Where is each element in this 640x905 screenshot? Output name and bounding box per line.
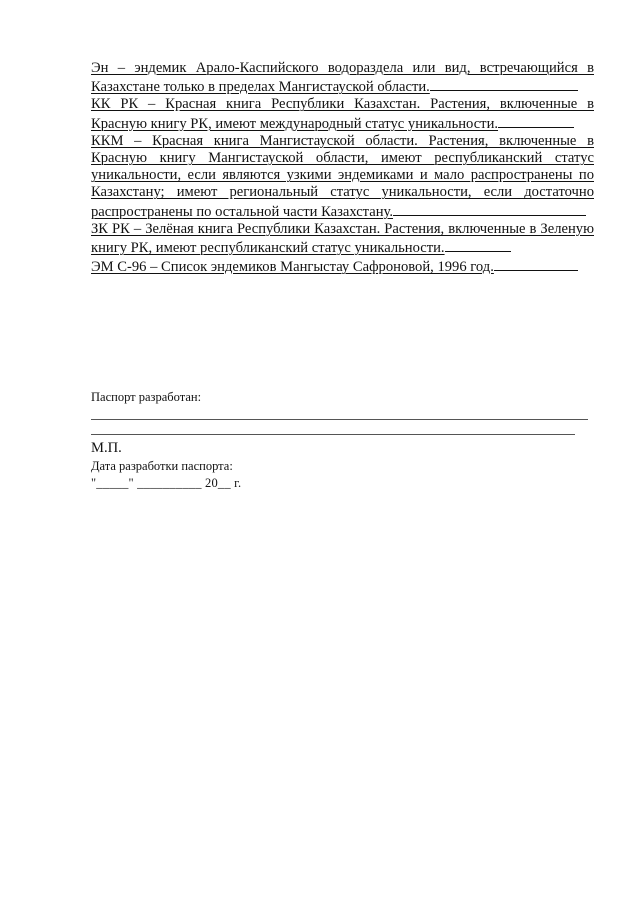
legend-entry-en: Эн – эндемик Арало-Каспийского водоразде…: [91, 60, 594, 96]
developed-by-label: Паспорт разработан:: [91, 389, 611, 405]
legend-entry-kkm: ККМ – Красная книга Мангистауской област…: [91, 133, 594, 221]
signature-line-1[interactable]: [91, 419, 588, 420]
underline-fill: [498, 114, 574, 128]
underline-fill: [430, 77, 578, 91]
legend-entry-kk-rk: КК РК – Красная книга Республики Казахст…: [91, 96, 594, 132]
document-page: Эн – эндемик Арало-Каспийского водоразде…: [0, 0, 640, 905]
abbreviations-legend: Эн – эндемик Арало-Каспийского водоразде…: [91, 60, 594, 276]
date-label: Дата разработки паспорта:: [91, 458, 611, 474]
date-field[interactable]: "_____" __________ 20__ г.: [91, 475, 611, 491]
legend-entry-text: ЭМ С-96 – Список эндемиков Мангыстау Саф…: [91, 259, 494, 275]
underline-fill: [494, 257, 578, 271]
legend-entry-em-s96: ЭМ С-96 – Список эндемиков Мангыстау Саф…: [91, 257, 594, 276]
stamp-label: М.П.: [91, 439, 611, 457]
underline-fill: [393, 202, 586, 216]
signature-block: Паспорт разработан: М.П. Дата разработки…: [91, 389, 611, 491]
underline-fill: [445, 238, 511, 252]
legend-entry-zk-rk: ЗК РК – Зелёная книга Республики Казахст…: [91, 221, 594, 257]
signature-line-2[interactable]: [91, 434, 575, 435]
legend-entry-text: ЗК РК – Зелёная книга Республики Казахст…: [91, 221, 594, 256]
